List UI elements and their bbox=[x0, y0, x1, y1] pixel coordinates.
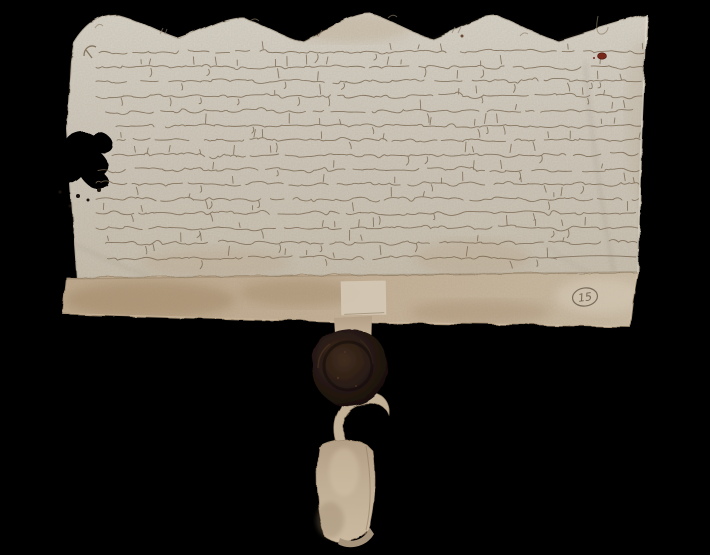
tag-highlight bbox=[329, 448, 359, 496]
photograph-canvas: 15 bbox=[0, 0, 710, 555]
stain bbox=[65, 282, 235, 318]
wax-seal bbox=[311, 328, 386, 405]
stain bbox=[410, 300, 550, 324]
tag-stain bbox=[316, 502, 344, 538]
tag-slit-patch bbox=[341, 281, 387, 316]
ink-speck bbox=[461, 35, 464, 38]
stain bbox=[140, 247, 290, 279]
photograph: 15 bbox=[0, 0, 710, 555]
archival-number: 15 bbox=[577, 290, 593, 305]
